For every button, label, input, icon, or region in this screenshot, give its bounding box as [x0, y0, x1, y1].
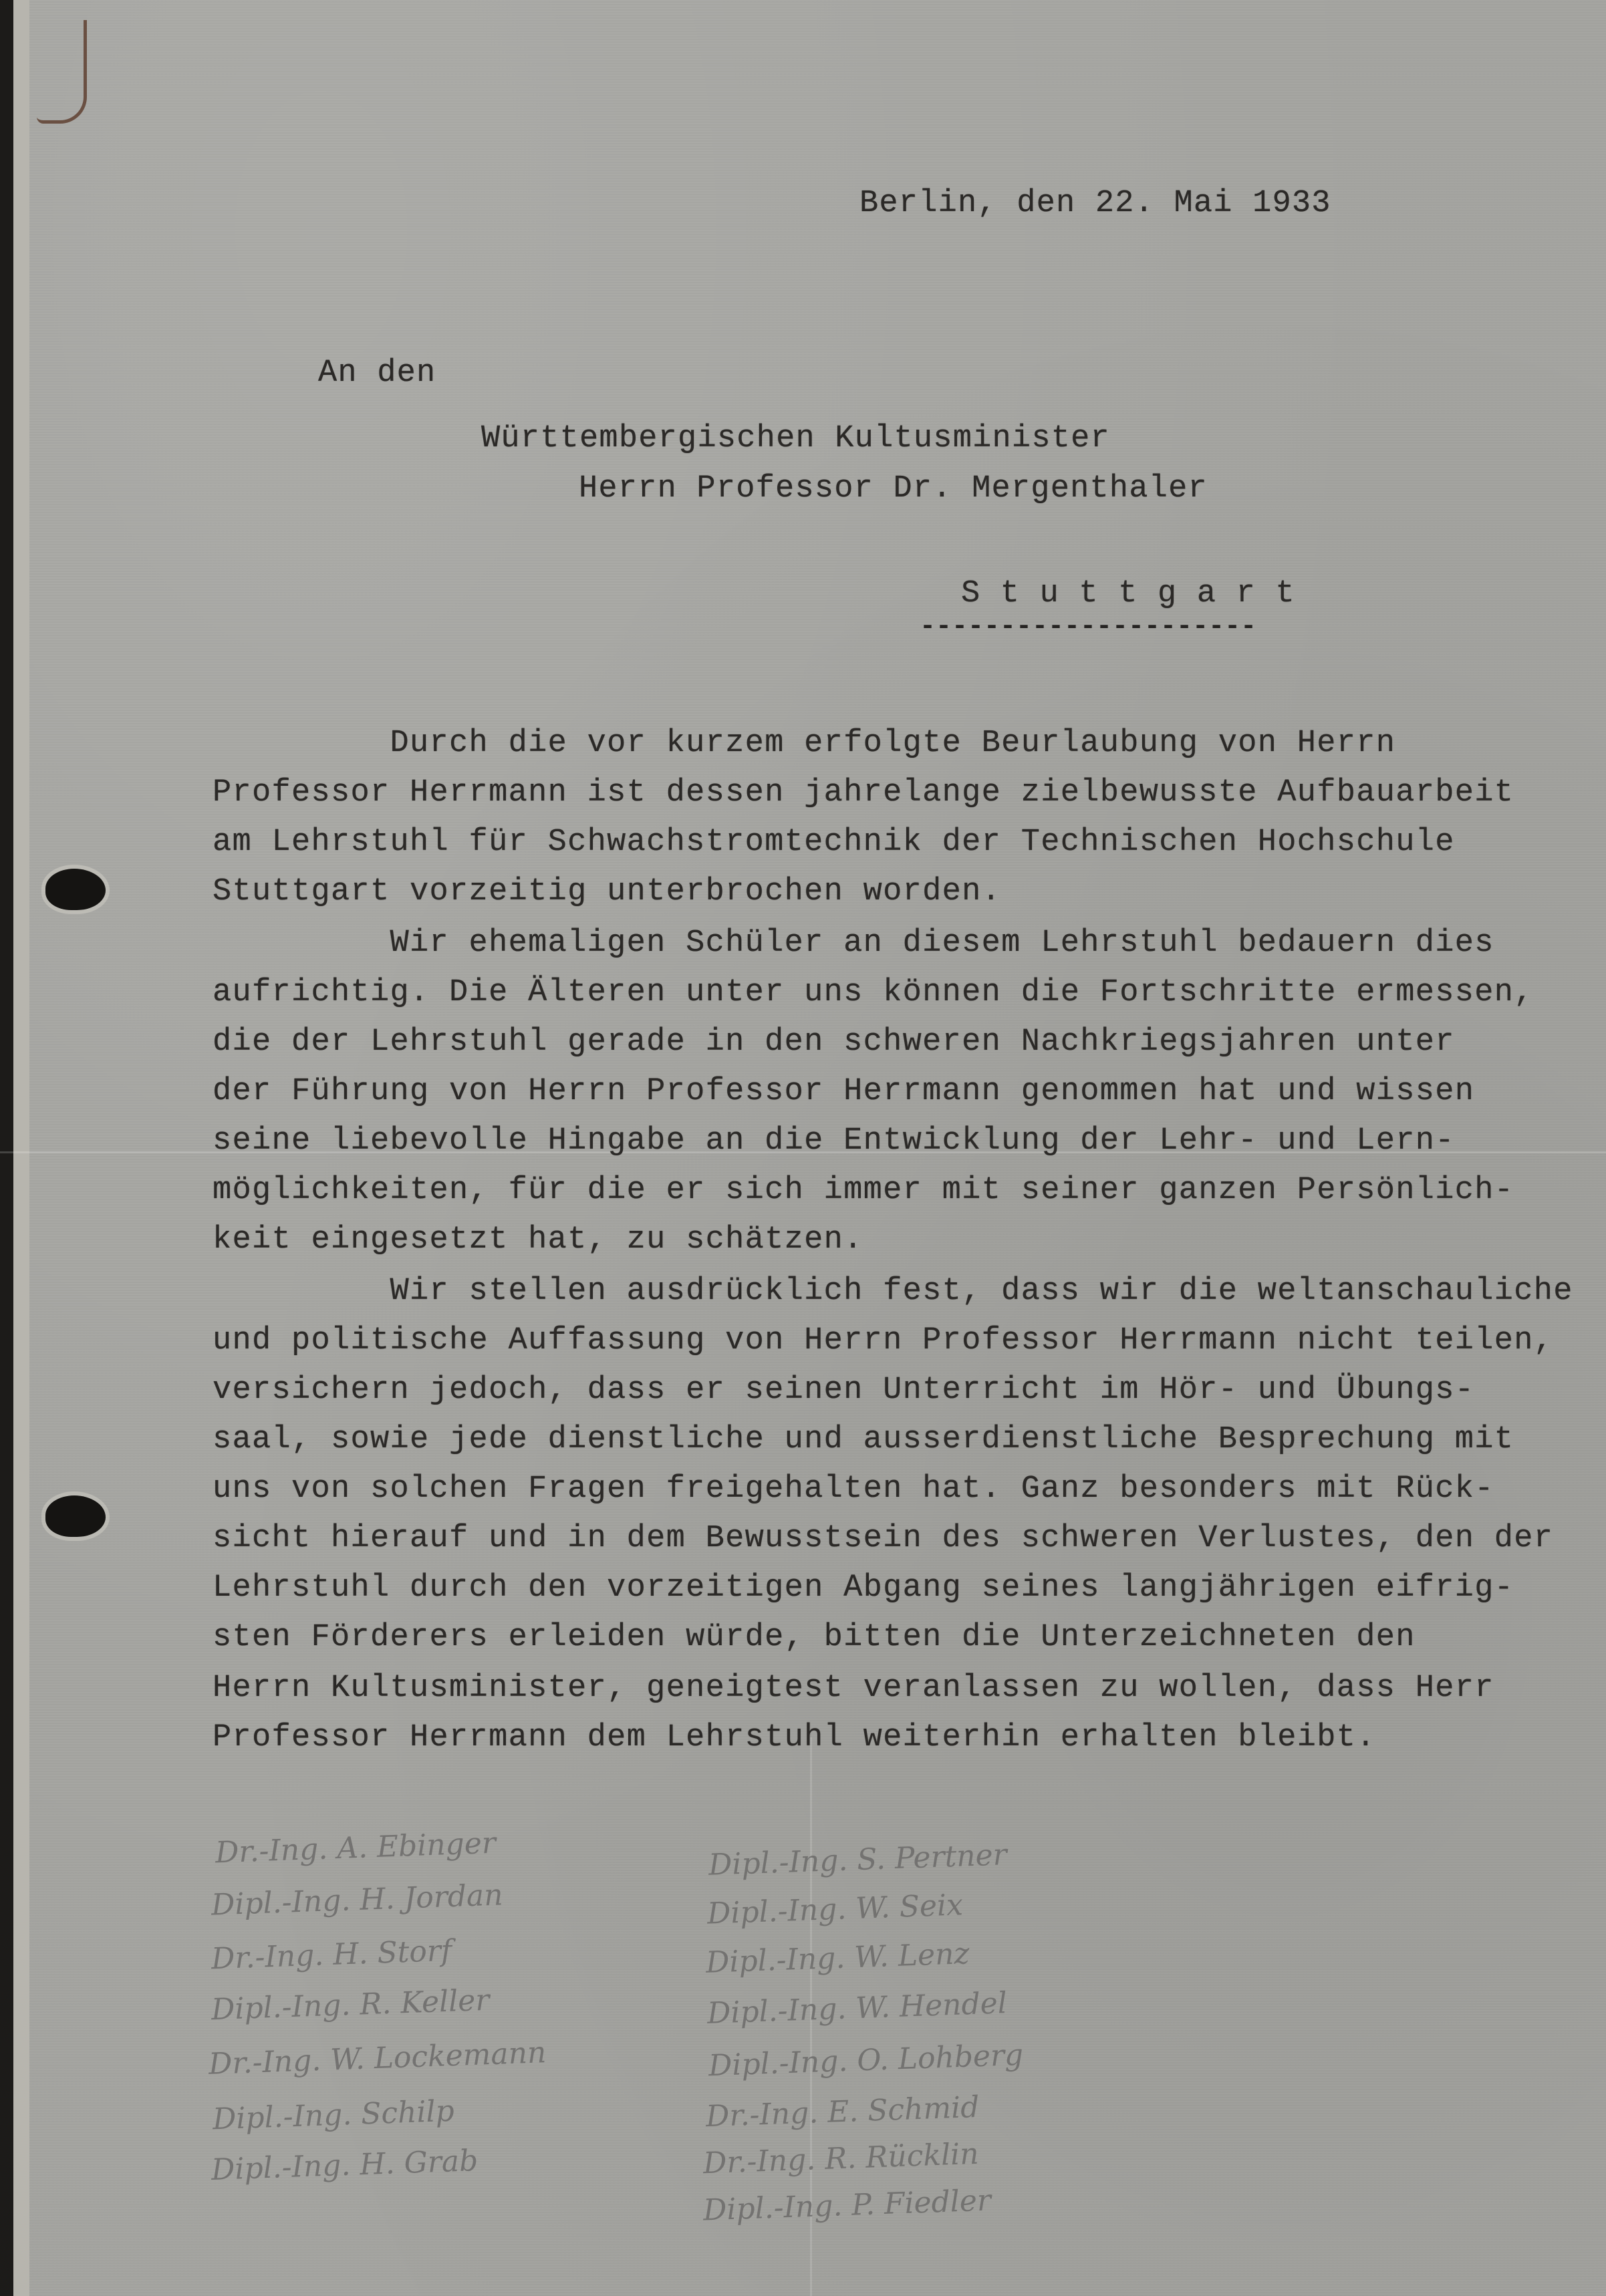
body-line: möglichkeiten, für die er sich immer mit…: [213, 1173, 1514, 1208]
body-line: versichern jedoch, dass er seinen Unterr…: [213, 1373, 1474, 1408]
body-line: Wir stellen ausdrücklich fest, dass wir …: [213, 1274, 1573, 1309]
salutation-prefix: An den: [318, 355, 436, 391]
signature: Dipl.-Ing. W. Seix: [706, 1888, 963, 1930]
signature: Dr.-Ing. H. Storf: [211, 1934, 452, 1977]
signature: Dipl.-Ing. Schilp: [212, 2094, 454, 2137]
signature: Dr.-Ing. R. Rücklin: [702, 2137, 979, 2180]
scan-border: [0, 0, 15, 2296]
letter-page: Berlin, den 22. Mai 1933 An den Württemb…: [0, 0, 1606, 2296]
recipient-title: Württembergischen Kultusminister: [481, 421, 1110, 456]
body-line: keit eingesetzt hat, zu schätzen.: [213, 1222, 863, 1258]
punch-hole-icon: [45, 869, 106, 910]
body-line: Professor Herrmann ist dessen jahrelange…: [213, 775, 1514, 811]
city-underline: ---------------------: [920, 612, 1256, 642]
date-line: Berlin, den 22. Mai 1933: [859, 186, 1331, 221]
body-line: Durch die vor kurzem erfolgte Beurlaubun…: [213, 726, 1395, 761]
signature: Dipl.-Ing. H. Jordan: [211, 1878, 503, 1922]
body-line: seine liebevolle Hingabe an die Entwickl…: [213, 1123, 1455, 1159]
body-line: saal, sowie jede dienstliche und ausserd…: [213, 1422, 1514, 1457]
recipient-name: Herrn Professor Dr. Mergenthaler: [579, 471, 1208, 507]
body-line: der Führung von Herrn Professor Herrmann…: [213, 1074, 1474, 1109]
punch-hole-icon: [45, 1495, 106, 1537]
body-line: sicht hierauf und in dem Bewusstsein des…: [213, 1521, 1553, 1556]
rust-stain-mark: [37, 20, 87, 124]
signature: Dipl.-Ing. W. Hendel: [706, 1986, 1007, 2031]
signature: Dipl.-Ing. R. Keller: [211, 1983, 490, 2027]
body-line: und politische Auffassung von Herrn Prof…: [213, 1323, 1553, 1358]
signature: Dipl.-Ing. S. Pertner: [708, 1838, 1007, 1882]
body-line: Herrn Kultusminister, geneigtest veranla…: [213, 1671, 1494, 1706]
body-line: am Lehrstuhl für Schwachstromtechnik der…: [213, 825, 1455, 860]
body-line: uns von solchen Fragen freigehalten hat.…: [213, 1471, 1494, 1507]
body-line: Wir ehemaligen Schüler an diesem Lehrstu…: [213, 925, 1494, 961]
body-line: aufrichtig. Die Älteren unter uns können…: [213, 975, 1534, 1010]
signature: Dipl.-Ing. W. Lenz: [705, 1936, 970, 1980]
signature: Dr.-Ing. A. Ebinger: [215, 1826, 496, 1870]
signature: Dipl.-Ing. H. Grab: [211, 2144, 479, 2187]
signature: Dipl.-Ing. O. Lohberg: [708, 2038, 1024, 2083]
signature: Dr.-Ing. W. Lockemann: [208, 2035, 547, 2082]
body-line: sten Förderers erleiden würde, bitten di…: [213, 1620, 1416, 1655]
signature: Dipl.-Ing. P. Fiedler: [702, 2183, 991, 2227]
body-line: die der Lehrstuhl gerade in den schweren…: [213, 1024, 1455, 1060]
body-line: Stuttgart vorzeitig unterbrochen worden.: [213, 874, 1001, 909]
body-line: Lehrstuhl durch den vorzeitigen Abgang s…: [213, 1570, 1514, 1606]
paper-edge: [13, 0, 29, 2296]
recipient-city: S t u t t g a r t: [961, 576, 1295, 611]
signature: Dr.-Ing. E. Schmid: [705, 2090, 980, 2134]
body-line: Professor Herrmann dem Lehrstuhl weiterh…: [213, 1720, 1376, 1755]
